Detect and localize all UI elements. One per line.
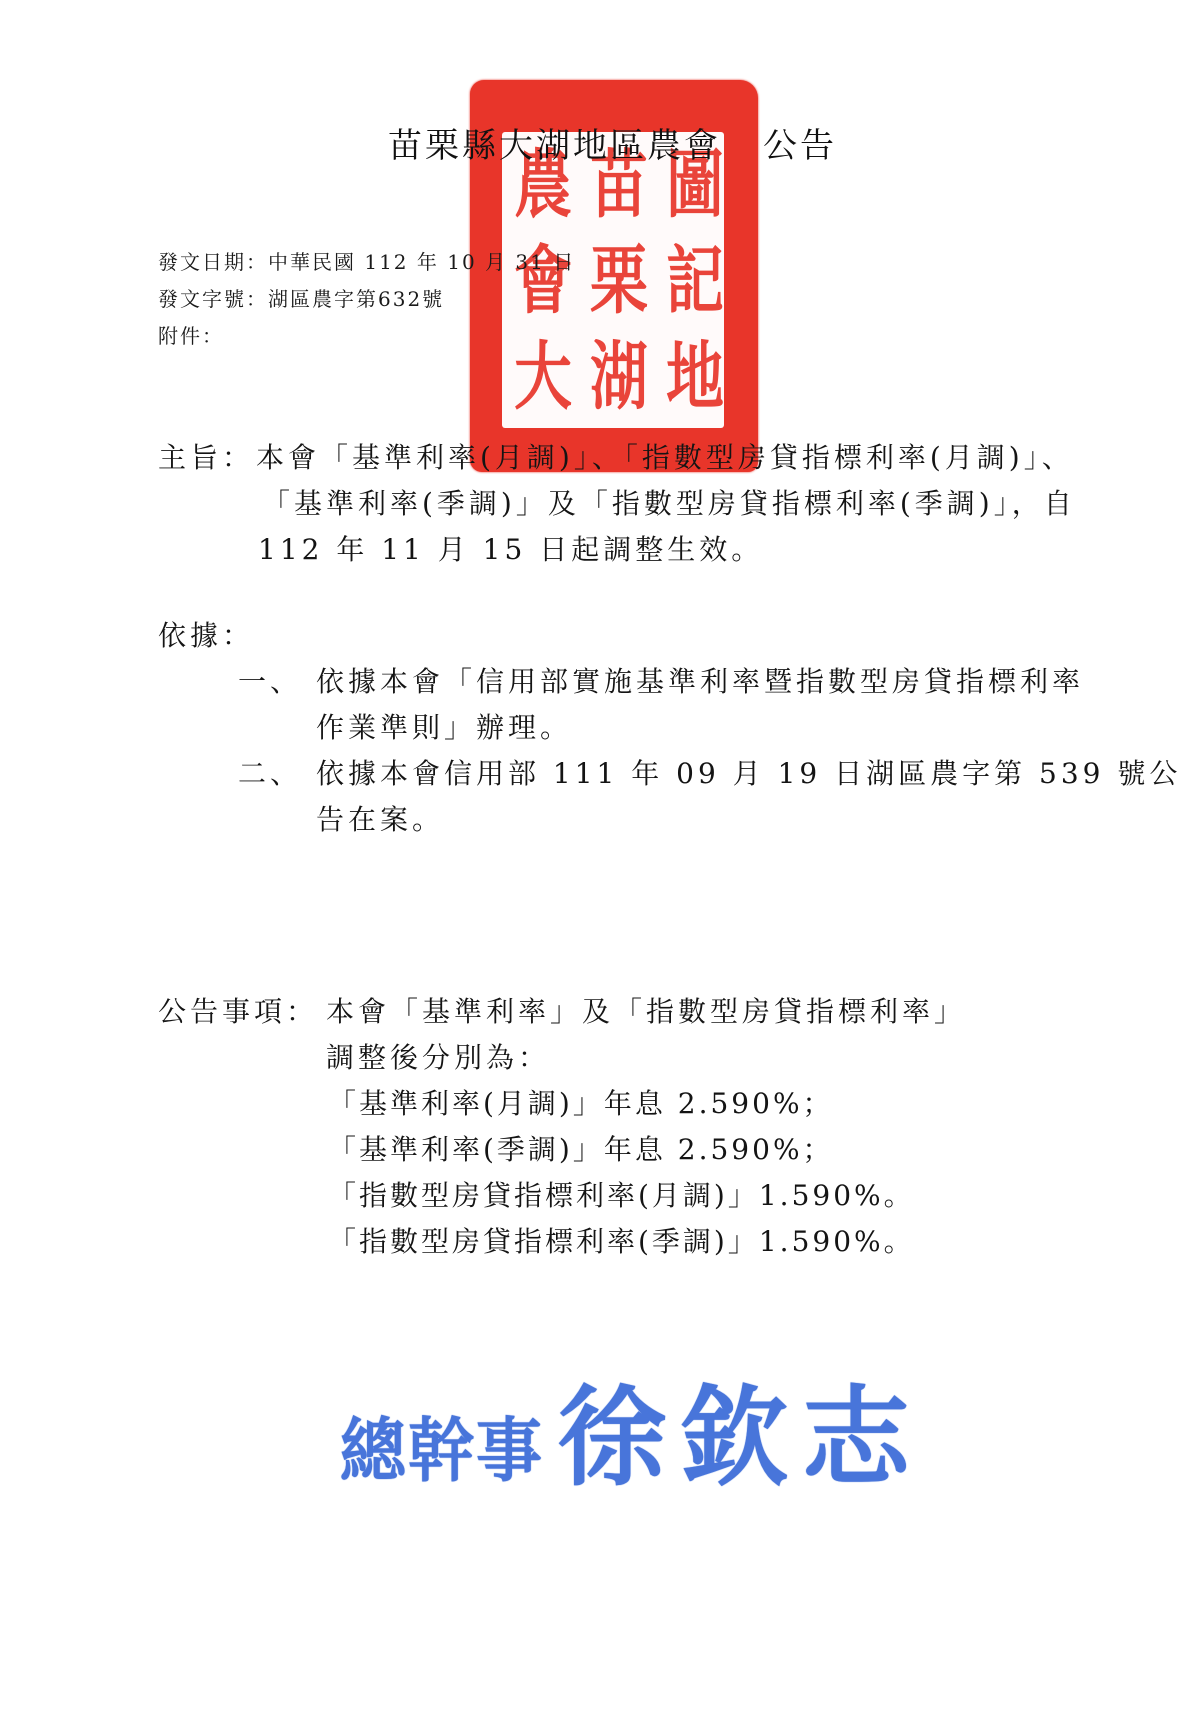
subject-line: 112 年 11 月 15 日起調整生效。 [258, 528, 763, 568]
basis-item-line: 告在案。 [316, 798, 444, 838]
basis-item-number: 二、 [238, 752, 302, 792]
rate-item: 「指數型房貸指標利率(季調)」1.590%。 [328, 1220, 915, 1260]
rate-item: 「基準利率(季調)」年息 2.590%； [328, 1128, 834, 1168]
rate-end: ； [803, 1133, 834, 1166]
rate-name: 「指數型房貸指標利率(季調)」 [328, 1225, 759, 1258]
rate-item: 「指數型房貸指標利率(月調)」1.590%。 [328, 1174, 915, 1214]
issue-date-value: 中華民國 112 年 10 月 31 日 [268, 250, 575, 274]
document-type: 公告 [763, 126, 837, 166]
signature-stamp: 總幹事 徐欽志 [340, 1362, 924, 1492]
signature-title: 總幹事 [340, 1395, 544, 1495]
attachment-line: 附件： [158, 320, 224, 349]
issue-date-label: 發文日期： [158, 250, 268, 274]
signature-name: 徐欽志 [558, 1384, 924, 1492]
subject-label: 主旨： [158, 436, 254, 476]
rate-item: 「基準利率(月調)」年息 2.590%； [328, 1082, 834, 1122]
subject-line: 本會「基準利率(月調)」、「指數型房貸指標利率(月調)」、 [256, 436, 1074, 476]
attachment-label: 附件： [158, 324, 224, 348]
seal-char: 記 [666, 234, 724, 328]
rate-value: 1.590% [759, 1179, 884, 1212]
basis-item-number: 一、 [238, 660, 302, 700]
announcement-line: 本會「基準利率」及「指數型房貸指標利率」 [326, 990, 966, 1030]
reference-number-line: 發文字號：湖區農字第632號 [158, 283, 444, 312]
seal-char: 大 [514, 330, 572, 424]
basis-item-line: 依據本會信用部 111 年 09 月 19 日湖區農字第 539 號公 [316, 752, 1181, 792]
seal-inner-frame: 農 苗 圖 會 栗 記 大 湖 地 [502, 132, 724, 428]
rate-name: 「基準利率(季調)」 [328, 1133, 604, 1166]
issue-date-line: 發文日期：中華民國 112 年 10 月 31 日 [158, 246, 575, 275]
rate-value: 1.590% [759, 1225, 884, 1258]
subject-line: 「基準利率(季調)」及「指數型房貸指標利率(季調)」，自 [262, 482, 1076, 522]
rate-value: 2.590% [678, 1133, 803, 1166]
rate-prefix: 年息 [604, 1087, 666, 1120]
seal-char: 湖 [590, 330, 648, 424]
rate-name: 「基準利率(月調)」 [328, 1087, 604, 1120]
reference-number-value: 湖區農字第632號 [268, 287, 444, 311]
seal-characters: 農 苗 圖 會 栗 記 大 湖 地 [506, 138, 720, 424]
rate-name: 「指數型房貸指標利率(月調)」 [328, 1179, 759, 1212]
basis-label: 依據： [158, 614, 254, 654]
rate-end: ； [803, 1087, 834, 1120]
seal-char: 地 [666, 330, 724, 424]
document-title: 苗栗縣大湖地區農會公告 [388, 118, 837, 167]
basis-item-line: 作業準則」辦理。 [316, 706, 572, 746]
organization-name: 苗栗縣大湖地區農會 [388, 126, 721, 166]
reference-number-label: 發文字號： [158, 287, 268, 311]
rate-end: 。 [884, 1225, 915, 1258]
announcement-line: 調整後分別為： [326, 1036, 550, 1076]
seal-char: 栗 [590, 234, 648, 328]
basis-item-line: 依據本會「信用部實施基準利率暨指數型房貸指標利率 [316, 660, 1084, 700]
rate-value: 2.590% [678, 1087, 803, 1120]
rate-end: 。 [884, 1179, 915, 1212]
rate-prefix: 年息 [604, 1133, 666, 1166]
announcement-label: 公告事項： [158, 990, 318, 1030]
